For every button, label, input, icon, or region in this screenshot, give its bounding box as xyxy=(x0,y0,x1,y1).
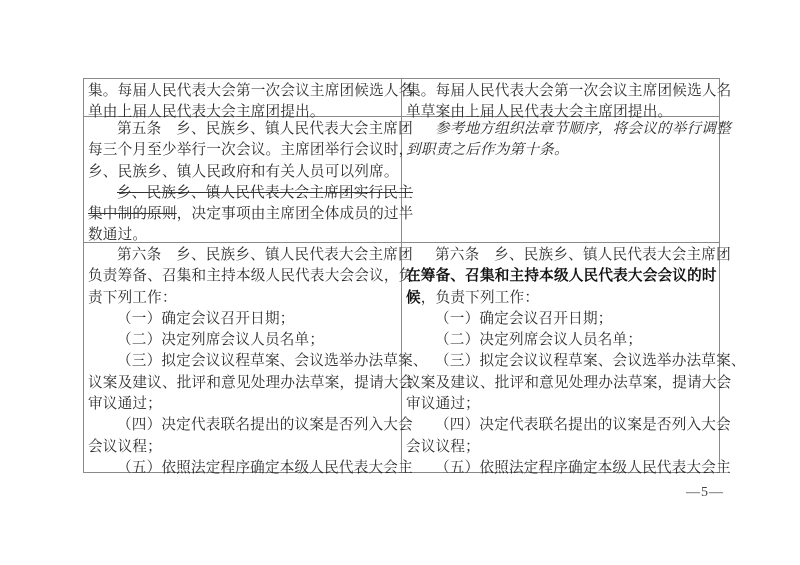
list-item: （五）依照法定程序确定本级人民代表大会主 xyxy=(88,457,398,478)
added-text: 在筹备、召集和主持本级人民代表大会会议的时 xyxy=(406,265,716,286)
list-item: （二）决定列席会议人员名单； xyxy=(88,329,398,350)
text-line: 审议通过； xyxy=(88,393,398,414)
table-row: 第六条 乡、民族乡、镇人民代表大会主席团 负责筹备、召集和主持本级人民代表大会会… xyxy=(84,243,719,472)
revised-text-cell: 参考地方组织法章节顺序，将会议的举行调整 到职责之后作为第十条。 xyxy=(402,117,719,242)
list-item: （三）拟定会议议程草案、会议选举办法草案、 xyxy=(88,350,398,371)
text-line: 会议议程； xyxy=(406,436,716,457)
text-line: 乡、民族乡、镇人民代表大会主席团实行民主 xyxy=(88,182,398,203)
retained-text: ，负责下列工作： xyxy=(421,289,539,306)
comparison-table: 集。每届人民代表大会第一次会议主席团候选人名 单由上届人民代表大会主席团提出。 … xyxy=(83,78,720,473)
original-text-cell: 集。每届人民代表大会第一次会议主席团候选人名 单由上届人民代表大会主席团提出。 xyxy=(84,79,402,116)
deleted-text: 乡、民族乡、镇人民代表大会主席团实行民主 xyxy=(117,184,413,201)
list-item: （二）决定列席会议人员名单； xyxy=(406,329,716,350)
revised-text-cell: 第六条 乡、民族乡、镇人民代表大会主席团 在筹备、召集和主持本级人民代表大会会议… xyxy=(402,243,719,472)
text-line: 负责筹备、召集和主持本级人民代表大会会议，负 xyxy=(88,265,398,286)
revision-note-line: 参考地方组织法章节顺序，将会议的举行调整 xyxy=(406,118,716,139)
article-heading-line: 第五条 乡、民族乡、镇人民代表大会主席团 xyxy=(88,118,398,139)
page-number: —5— xyxy=(686,485,724,501)
revised-text-cell: 集。每届人民代表大会第一次会议主席团候选人名 单草案由上届人民代表大会主席团提出… xyxy=(402,79,719,116)
article-heading-line: 第六条 乡、民族乡、镇人民代表大会主席团 xyxy=(406,244,716,265)
list-item: （五）依照法定程序确定本级人民代表大会主 xyxy=(406,457,716,478)
revision-note-line: 到职责之后作为第十条。 xyxy=(406,139,716,160)
text-line: 责下列工作： xyxy=(88,287,398,308)
added-text: 候 xyxy=(406,289,421,306)
text-line: 集。每届人民代表大会第一次会议主席团候选人名 xyxy=(88,80,398,101)
list-item: （三）拟定会议议程草案、会议选举办法草案、 xyxy=(406,350,716,371)
text-line: 会议议程； xyxy=(88,436,398,457)
retained-text: ，决定事项由主席团全体成员的过半 xyxy=(177,205,414,222)
article-heading-line: 第六条 乡、民族乡、镇人民代表大会主席团 xyxy=(88,244,398,265)
list-item: （四）决定代表联名提出的议案是否列入大会 xyxy=(406,414,716,435)
text-line: 每三个月至少举行一次会议。主席团举行会议时， xyxy=(88,139,398,160)
text-line: 集中制的原则，决定事项由主席团全体成员的过半 xyxy=(88,203,398,224)
text-line: 议案及建议、批评和意见处理办法草案，提请大会 xyxy=(406,372,716,393)
list-item: （一）确定会议召开日期； xyxy=(88,308,398,329)
text-line: 集。每届人民代表大会第一次会议主席团候选人名 xyxy=(406,80,716,101)
text-line: 乡、民族乡、镇人民政府和有关人员可以列席。 xyxy=(88,161,398,182)
deleted-text: 集中制的原则 xyxy=(88,205,177,222)
table-row: 第五条 乡、民族乡、镇人民代表大会主席团 每三个月至少举行一次会议。主席团举行会… xyxy=(84,117,719,243)
list-item: （一）确定会议召开日期； xyxy=(406,308,716,329)
original-text-cell: 第五条 乡、民族乡、镇人民代表大会主席团 每三个月至少举行一次会议。主席团举行会… xyxy=(84,117,402,242)
table-row: 集。每届人民代表大会第一次会议主席团候选人名 单由上届人民代表大会主席团提出。 … xyxy=(84,79,719,117)
text-line: 候，负责下列工作： xyxy=(406,287,716,308)
text-line: 审议通过； xyxy=(406,393,716,414)
original-text-cell: 第六条 乡、民族乡、镇人民代表大会主席团 负责筹备、召集和主持本级人民代表大会会… xyxy=(84,243,402,472)
list-item: （四）决定代表联名提出的议案是否列入大会 xyxy=(88,414,398,435)
text-line: 议案及建议、批评和意见处理办法草案，提请大会 xyxy=(88,372,398,393)
